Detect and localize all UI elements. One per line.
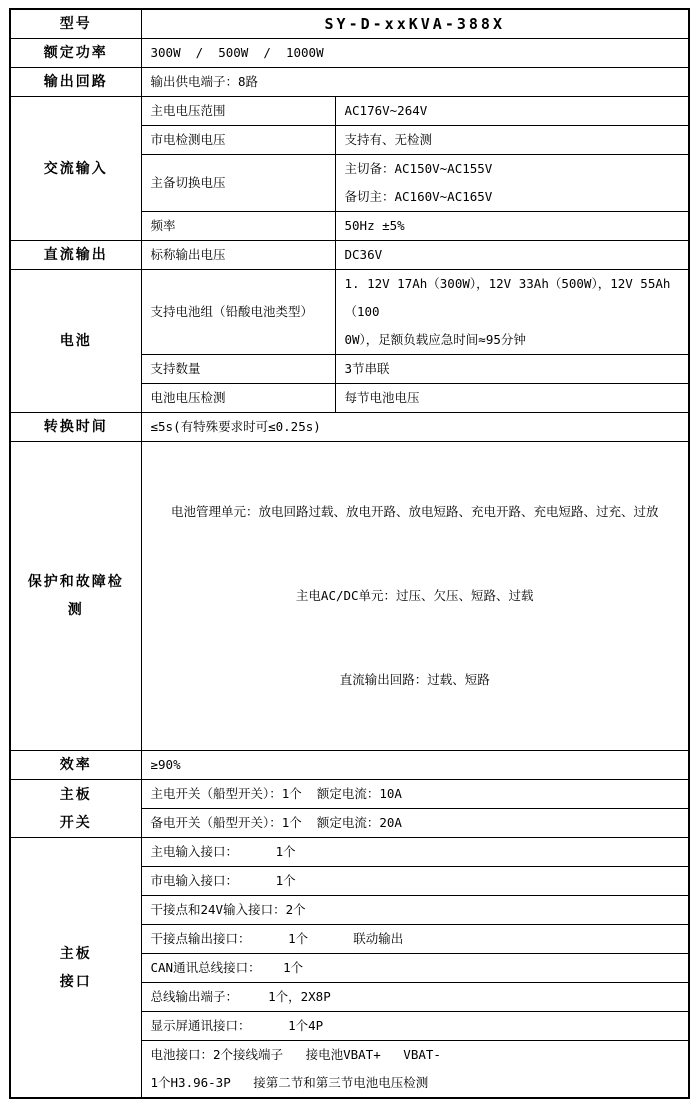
dc-output-label: 直流输出 xyxy=(10,241,141,270)
spec-table: 型号 SY-D-xxKVA-388X 额定功率 300W / 500W / 10… xyxy=(9,8,690,1099)
frequency-value: 50Hz ±5% xyxy=(335,212,689,241)
row-battery-pack: 电池 支持电池组（铅酸电池类型） 1. 12V 17Ah（300W），12V 3… xyxy=(10,270,689,355)
battery-count-name: 支持数量 xyxy=(141,355,335,384)
port-can-bus-value: CAN通讯总线接口： 1个 xyxy=(141,954,689,983)
protection-label: 保护和故障检 测 xyxy=(10,442,141,751)
port-main-input-value: 主电输入接口： 1个 xyxy=(141,838,689,867)
frequency-name: 频率 xyxy=(141,212,335,241)
board-ports-label-line2: 接口 xyxy=(15,968,137,996)
rated-power-label: 额定功率 xyxy=(10,39,141,68)
row-protection: 保护和故障检 测 电池管理单元：放电回路过载、放电开路、放电短路、充电开路、充电… xyxy=(10,442,689,751)
port-battery-value: 电池接口：2个接线端子 接电池VBAT+ VBAT- 1个H3.96-3P 接第… xyxy=(141,1041,689,1099)
protection-value: 电池管理单元：放电回路过载、放电开路、放电短路、充电开路、充电短路、过充、过放 … xyxy=(141,442,689,751)
row-model: 型号 SY-D-xxKVA-388X xyxy=(10,9,689,39)
ac-voltage-range-name: 主电电压范围 xyxy=(141,97,335,126)
efficiency-label: 效率 xyxy=(10,751,141,780)
dc-output-value: DC36V xyxy=(335,241,689,270)
board-switch-label: 主板 开关 xyxy=(10,780,141,838)
battery-count-value: 3节串联 xyxy=(335,355,689,384)
port-drycontact-24v-input-value: 干接点和24V输入接口：2个 xyxy=(141,896,689,925)
protection-label-line1: 保护和故障检 xyxy=(15,568,137,596)
row-output-circuit: 输出回路 输出供电端子：8路 xyxy=(10,68,689,97)
battery-pack-value: 1. 12V 17Ah（300W），12V 33Ah（500W），12V 55A… xyxy=(335,270,689,355)
battery-voltage-detect-value: 每节电池电压 xyxy=(335,384,689,413)
transfer-time-value: ≤5s(有特殊要求时可≤0.25s) xyxy=(141,413,689,442)
port-drycontact-output-value: 干接点输出接口： 1个 联动输出 xyxy=(141,925,689,954)
model-label: 型号 xyxy=(10,9,141,39)
row-main-switch: 主板 开关 主电开关（船型开关）：1个 额定电流：10A xyxy=(10,780,689,809)
board-switch-label-line1: 主板 xyxy=(15,781,137,809)
dc-output-name: 标称输出电压 xyxy=(141,241,335,270)
model-value: SY-D-xxKVA-388X xyxy=(141,9,689,39)
port-display-comm-value: 显示屏通讯接口： 1个4P xyxy=(141,1012,689,1041)
protection-line-acdc: 主电AC/DC单元：过压、欠压、短路、过载 xyxy=(151,582,680,610)
switch-voltage-name: 主备切换电压 xyxy=(141,155,335,212)
output-circuit-value: 输出供电端子：8路 xyxy=(141,68,689,97)
ac-voltage-range-value: AC176V~264V xyxy=(335,97,689,126)
protection-line-dc: 直流输出回路：过载、短路 xyxy=(151,666,680,694)
row-efficiency: 效率 ≥90% xyxy=(10,751,689,780)
row-ac-voltage-range: 交流输入 主电电压范围 AC176V~264V xyxy=(10,97,689,126)
row-port-main-input: 主板 接口 主电输入接口： 1个 xyxy=(10,838,689,867)
main-switch-value: 主电开关（船型开关）：1个 额定电流：10A xyxy=(141,780,689,809)
board-ports-label: 主板 接口 xyxy=(10,838,141,1099)
output-circuit-label: 输出回路 xyxy=(10,68,141,97)
port-bus-output-value: 总线输出端子： 1个，2X8P xyxy=(141,983,689,1012)
mains-detect-value: 支持有、无检测 xyxy=(335,126,689,155)
efficiency-value: ≥90% xyxy=(141,751,689,780)
backup-switch-value: 备电开关（船型开关）：1个 额定电流：20A xyxy=(141,809,689,838)
board-ports-label-line1: 主板 xyxy=(15,940,137,968)
port-mains-input-value: 市电输入接口： 1个 xyxy=(141,867,689,896)
board-switch-label-line2: 开关 xyxy=(15,809,137,837)
switch-voltage-value: 主切备：AC150V~AC155V 备切主：AC160V~AC165V xyxy=(335,155,689,212)
ac-input-label: 交流输入 xyxy=(10,97,141,241)
battery-voltage-detect-name: 电池电压检测 xyxy=(141,384,335,413)
protection-line-battery: 电池管理单元：放电回路过载、放电开路、放电短路、充电开路、充电短路、过充、过放 xyxy=(151,498,680,526)
battery-label: 电池 xyxy=(10,270,141,413)
battery-pack-name: 支持电池组（铅酸电池类型） xyxy=(141,270,335,355)
row-rated-power: 额定功率 300W / 500W / 1000W xyxy=(10,39,689,68)
row-dc-output: 直流输出 标称输出电压 DC36V xyxy=(10,241,689,270)
protection-label-line2: 测 xyxy=(15,596,137,624)
transfer-time-label: 转换时间 xyxy=(10,413,141,442)
rated-power-value: 300W / 500W / 1000W xyxy=(141,39,689,68)
mains-detect-name: 市电检测电压 xyxy=(141,126,335,155)
row-transfer-time: 转换时间 ≤5s(有特殊要求时可≤0.25s) xyxy=(10,413,689,442)
